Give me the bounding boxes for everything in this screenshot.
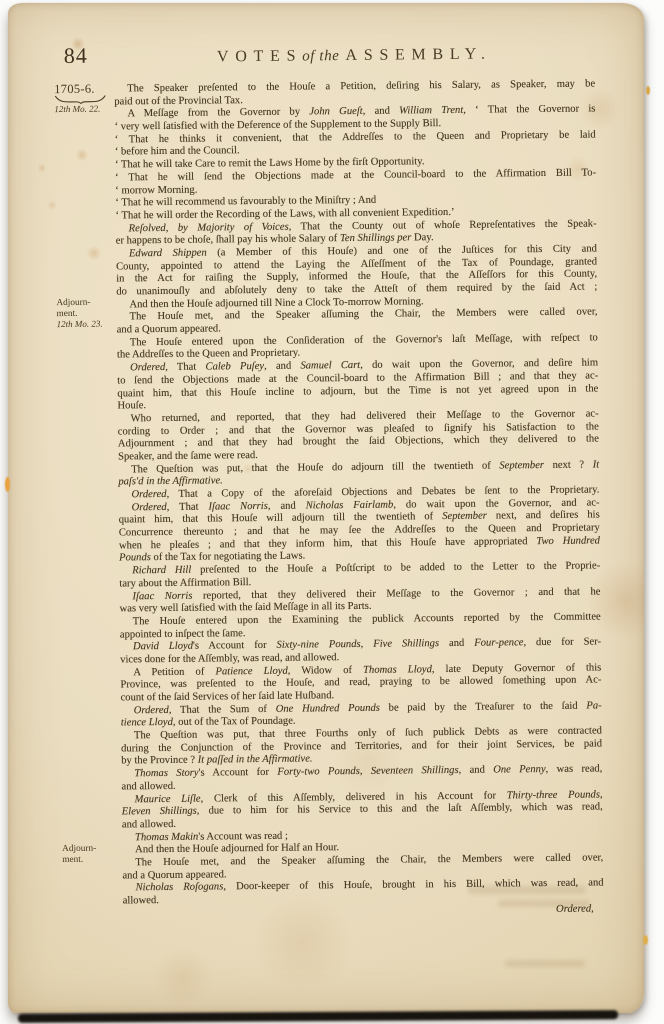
margin-notes-column: 1705-6.12th Mo. 22.Adjourn-ment.12th Mo.… [0, 0, 663, 4]
title-word-of-the: of the [302, 48, 340, 64]
body-text-column: The Speaker preſented to the Houſe a Pet… [114, 78, 604, 920]
running-title: VOTES of the ASSEMBLY. [114, 44, 595, 67]
page-number: 84 [64, 43, 88, 69]
margin-note-date: 12th Mo. 23. [57, 319, 115, 331]
margin-note-date: 12th Mo. 22. [54, 103, 112, 115]
margin-note-text: Adjourn- [62, 843, 120, 854]
margin-note: Adjourn-ment.12th Mo. 23. [56, 297, 114, 330]
margin-note: Adjourn-ment. [62, 843, 120, 865]
title-word-votes: VOTES [217, 48, 302, 66]
margin-note-text: Adjourn- [56, 297, 114, 308]
margin-note: 1705-6.12th Mo. 22. [54, 82, 112, 115]
printed-content: 84 VOTES of the ASSEMBLY. 1705-6.12th Mo… [0, 0, 664, 1024]
margin-note-text: ment. [62, 854, 120, 865]
title-word-assembly: ASSEMBLY. [345, 46, 491, 65]
margin-note-text: ment. [56, 308, 114, 319]
scanned-document-photo: 84 VOTES of the ASSEMBLY. 1705-6.12th Mo… [0, 0, 664, 1024]
